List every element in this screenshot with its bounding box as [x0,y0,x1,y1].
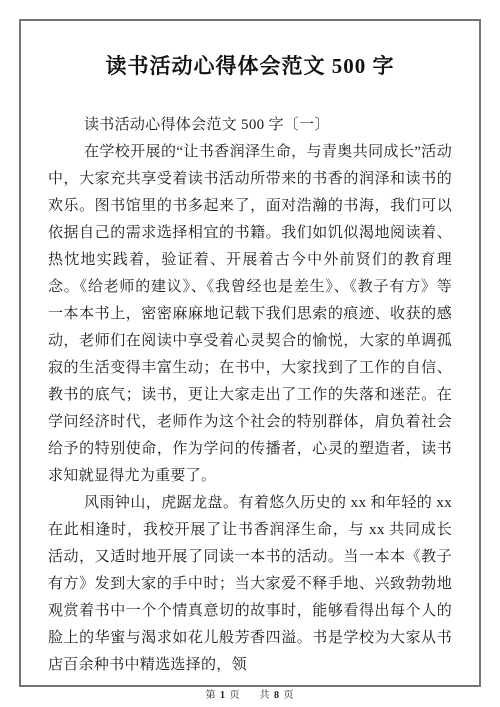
total-pages-number: 8 [274,690,280,701]
body-paragraph-2: 风雨钟山，虎踞龙盘。有着悠久历史的 xx 和年轻的 xx 在此相逢时，我校开展了… [48,490,452,679]
document-page-content: 读书活动心得体会范文 500 字 读书活动心得体会范文 500 字〔一〕 在学校… [21,51,479,707]
total-pages-prefix: 共 [260,690,271,701]
page-number-prefix: 第 [206,690,217,701]
page-title: 读书活动心得体会范文 500 字 [48,51,452,81]
page-number-footer: 第 1 页 共 8 页 [21,686,479,701]
body-paragraph-1: 在学校开展的“让书香润泽生命，与青奥共同成长”活动中，大家充共享受着读书活动所带… [48,139,452,490]
current-page-number: 1 [220,690,226,701]
total-pages-unit: 页 [284,690,295,701]
page-number-unit: 页 [230,690,241,701]
section-heading: 读书活动心得体会范文 500 字〔一〕 [48,112,452,139]
document-page-border: 读书活动心得体会范文 500 字 读书活动心得体会范文 500 字〔一〕 在学校… [19,19,481,687]
